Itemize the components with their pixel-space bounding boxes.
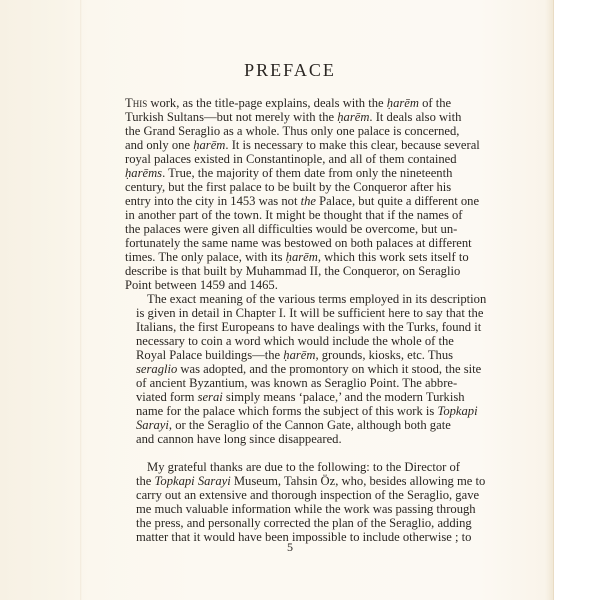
- text-line: of ancient Byzantium, was known as Serag…: [125, 376, 446, 390]
- text-line: the Topkapi Sarayi Museum, Tahsin Öz, wh…: [125, 474, 446, 488]
- text-line: describe is that built by Muhammad II, t…: [125, 264, 446, 278]
- text-line: in another part of the town. It might be…: [125, 208, 446, 222]
- book-page: PREFACE This work, as the title-page exp…: [0, 0, 553, 600]
- text-line: me much valuable information while the w…: [125, 502, 446, 516]
- text-line: century, but the first palace to be buil…: [125, 180, 446, 194]
- text-line: necessary to coin a word which would inc…: [125, 334, 446, 348]
- page-gutter: [80, 0, 82, 600]
- page-number: 5: [0, 540, 580, 555]
- text-line: carry out an extensive and thorough insp…: [125, 488, 446, 502]
- paragraph-3: My grateful thanks are due to the follow…: [125, 460, 446, 544]
- text-line: My grateful thanks are due to the follow…: [125, 460, 446, 474]
- text-line: Italians, the first Europeans to have de…: [125, 320, 446, 334]
- text-line: fortunately the same name was bestowed o…: [125, 236, 446, 250]
- text-line: Sarayi, or the Seraglio of the Cannon Ga…: [125, 418, 446, 432]
- text-line: name for the palace which forms the subj…: [125, 404, 446, 418]
- text-line: entry into the city in 1453 was not the …: [125, 194, 446, 208]
- text-line: Point between 1459 and 1465.: [125, 278, 446, 292]
- book-scene: PREFACE This work, as the title-page exp…: [0, 0, 600, 600]
- paragraph-1: This work, as the title-page explains, d…: [125, 96, 446, 292]
- text-line: the press, and personally corrected the …: [125, 516, 446, 530]
- text-line: royal palaces existed in Constantinople,…: [125, 152, 446, 166]
- text-line: This work, as the title-page explains, d…: [125, 96, 446, 110]
- body-text: This work, as the title-page explains, d…: [125, 96, 446, 544]
- text-line: the Grand Seraglio as a whole. Thus only…: [125, 124, 446, 138]
- text-line: ḥarēms. True, the majority of them date …: [125, 166, 446, 180]
- text-line: Royal Palace buildings—the ḥarēm, ground…: [125, 348, 446, 362]
- text-line: and only one ḥarēm. It is necessary to m…: [125, 138, 446, 152]
- text-line: The exact meaning of the various terms e…: [125, 292, 446, 306]
- text-line: Turkish Sultans—but not merely with the …: [125, 110, 446, 124]
- text-line: is given in detail in Chapter I. It will…: [125, 306, 446, 320]
- text-line: the palaces were given all difficulties …: [125, 222, 446, 236]
- text-line: viated form serai simply means ‘palace,’…: [125, 390, 446, 404]
- text-line: seraglio was adopted, and the promontory…: [125, 362, 446, 376]
- page-title: PREFACE: [0, 60, 580, 81]
- text-line: and cannon have long since disappeared.: [125, 432, 446, 446]
- text-line: times. The only palace, with its ḥarēm, …: [125, 250, 446, 264]
- paragraph-2: The exact meaning of the various terms e…: [125, 292, 446, 446]
